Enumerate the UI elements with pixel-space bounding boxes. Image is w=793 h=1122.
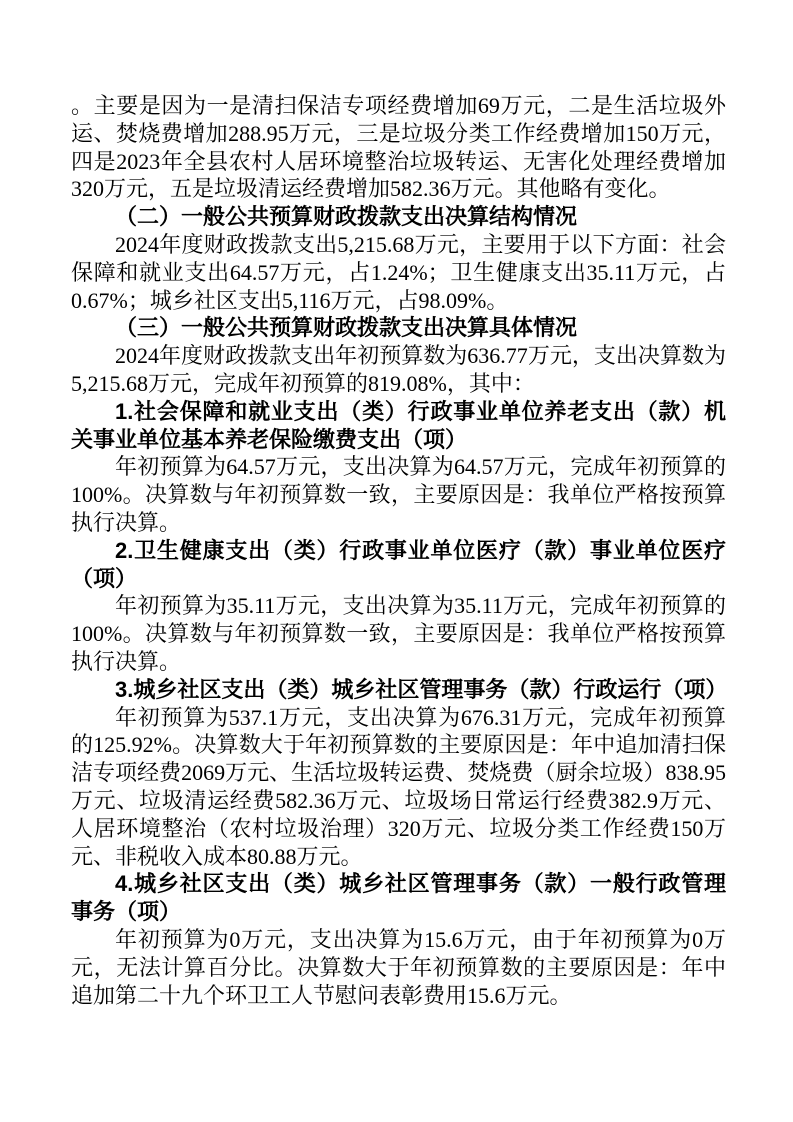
heading-item-4-community-general-admin: 4.城乡社区支出（类）城乡社区管理事务（款）一般行政管理事务（项） [71,870,726,926]
document-text-block: 。主要是因为一是清扫保洁专项经费增加69万元，二是生活垃圾外运、焚烧费增加288… [71,92,726,1009]
para-expenditure-overall: 2024年度财政拨款支出年初预算数为636.77万元，支出决算数为5,215.6… [71,342,726,398]
para-expenditure-structure: 2024年度财政拨款支出5,215.68万元，主要用于以下方面：社会保障和就业支… [71,231,726,314]
heading-item-1-social-security-pension: 1.社会保障和就业支出（类）行政事业单位养老支出（款）机关事业单位基本养老保险缴… [71,398,726,454]
heading-item-3-community-admin-operation: 3.城乡社区支出（类）城乡社区管理事务（款）行政运行（项） [71,676,726,704]
para-item-2-detail: 年初预算为35.11万元，支出决算为35.11万元，完成年初预算的100%。决算… [71,592,726,675]
para-item-3-detail: 年初预算为537.1万元，支出决算为676.31万元，完成年初预算的125.92… [71,704,726,871]
heading-section-3-expenditure-details: （三）一般公共预算财政拨款支出决算具体情况 [71,314,726,342]
document-page: 。主要是因为一是清扫保洁专项经费增加69万元，二是生活垃圾外运、焚烧费增加288… [0,0,793,1122]
para-item-1-detail: 年初预算为64.57万元，支出决算为64.57万元，完成年初预算的100%。决算… [71,453,726,536]
heading-item-2-health-medical: 2.卫生健康支出（类）行政事业单位医疗（款）事业单位医疗（项） [71,537,726,593]
para-expense-change-reasons-continuation: 。主要是因为一是清扫保洁专项经费增加69万元，二是生活垃圾外运、焚烧费增加288… [71,92,726,203]
heading-section-2-expenditure-structure: （二）一般公共预算财政拨款支出决算结构情况 [71,203,726,231]
para-item-4-detail: 年初预算为0万元，支出决算为15.6万元，由于年初预算为0万元，无法计算百分比。… [71,926,726,1009]
